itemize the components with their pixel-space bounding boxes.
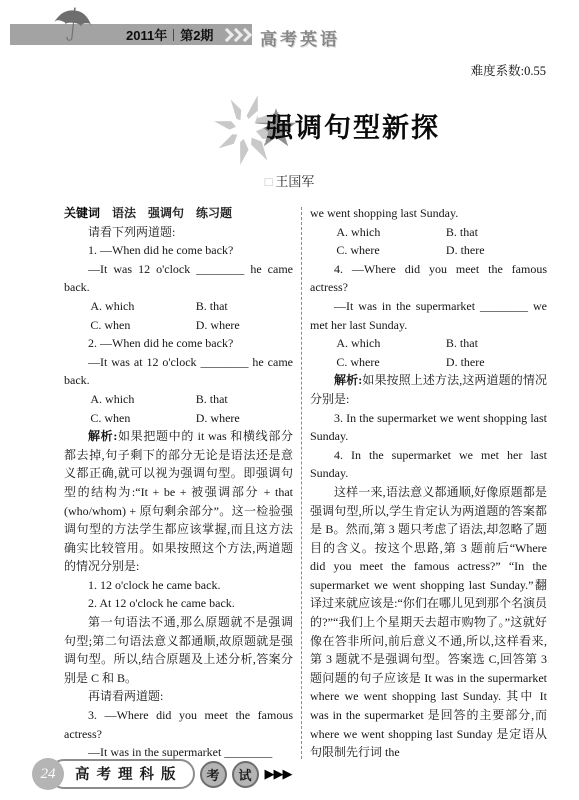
option-d: D. there: [446, 353, 547, 372]
example-sentence-2: 2. At 12 o'clock he came back.: [64, 594, 293, 613]
keyword-item: 练习题: [196, 206, 232, 220]
question-3-options-cd: C. where D. there: [310, 241, 547, 260]
more-questions-line: 再请看两道题:: [64, 687, 293, 706]
example-sentence-4: 4. In the supermarket we met her last Su…: [310, 446, 547, 483]
keywords-line: 关键词语法强调句练习题: [64, 204, 293, 223]
conclusion-paragraph: 第一句语法不通,那么原题就不是强调句型;第二句语法意义都通顺,故原题就是强调句型…: [64, 613, 293, 687]
example-sentence-3: 3. In the supermarket we went shopping l…: [310, 409, 547, 446]
option-a: A. which: [90, 390, 195, 409]
question-2-options-cd: C. when D. where: [64, 409, 293, 428]
article-title: 强调句型新探: [266, 106, 440, 145]
issue-banner: ☂ 2011年 第2期: [10, 24, 252, 45]
question-2-prompt: 2. —When did he come back?: [64, 334, 293, 353]
difficulty-coefficient: 难度系数:0.55: [471, 61, 546, 79]
left-column: 关键词语法强调句练习题 请看下列两道题: 1. —When did he com…: [64, 204, 293, 762]
question-1-reply: —It was 12 o'clock ________ he came back…: [64, 260, 293, 297]
option-c: C. where: [336, 241, 446, 260]
issue-number: 第2期: [180, 25, 213, 44]
option-d: D. there: [446, 241, 547, 260]
option-b: B. that: [196, 390, 293, 409]
option-c: C. when: [90, 316, 195, 335]
page-number-badge: 24: [32, 758, 64, 790]
issue-year: 2011年: [126, 25, 167, 44]
question-1-options-cd: C. when D. where: [64, 316, 293, 335]
author-marker-icon: □: [265, 174, 273, 189]
question-2-reply: —It was at 12 o'clock ________ he came b…: [64, 353, 293, 390]
analysis-label: 解析:: [88, 429, 117, 443]
analysis-paragraph: 解析:如果按照上述方法,这两道题的情况分别是:: [310, 371, 547, 408]
option-b: B. that: [196, 297, 293, 316]
question-3-reply-continued: we went shopping last Sunday.: [310, 204, 547, 223]
question-1-prompt: 1. —When did he come back?: [64, 241, 293, 260]
author-line: □王国军: [0, 171, 579, 190]
option-d: D. where: [196, 409, 293, 428]
question-4-options-ab: A. which B. that: [310, 334, 547, 353]
option-b: B. that: [446, 223, 547, 242]
chevrons-icon: [223, 30, 250, 40]
option-a: A. which: [90, 297, 195, 316]
issue-info: 2011年 第2期: [126, 24, 250, 45]
author-name: 王国军: [275, 174, 314, 189]
analysis-paragraph: 解析:如果把题中的 it was 和横线部分都去掉,句子剩下的部分无论是语法还是…: [64, 427, 293, 576]
page-footer: 24 高考理科版 考 试 ▶▶▶: [32, 756, 292, 792]
edition-label: 高考理科版: [49, 759, 195, 789]
question-4-prompt: 4. —Where did you meet the famous actres…: [310, 260, 547, 297]
right-column: we went shopping last Sunday. A. which B…: [310, 204, 547, 762]
keywords-label: 关键词: [64, 206, 100, 220]
question-3-prompt: 3. —Where did you meet the famous actres…: [64, 706, 293, 743]
kao-badge: 考: [200, 761, 227, 788]
analysis-label: 解析:: [334, 373, 362, 387]
keyword-item: 强调句: [148, 206, 184, 220]
question-1-options-ab: A. which B. that: [64, 297, 293, 316]
keyword-item: 语法: [112, 206, 136, 220]
forward-arrows-icon: ▶▶▶: [265, 767, 292, 782]
intro-line: 请看下列两道题:: [64, 223, 293, 242]
option-c: C. where: [336, 353, 446, 372]
analysis-text: 如果把题中的 it was 和横线部分都去掉,句子剩下的部分无论是语法还是意义都…: [64, 429, 293, 573]
magazine-page: ☂ 2011年 第2期 高考英语 难度系数:0.55 强调句型新探 □王国军 关…: [0, 0, 579, 800]
option-a: A. which: [336, 223, 446, 242]
magazine-name: 高考英语: [260, 25, 340, 50]
separator-bar: [173, 29, 174, 41]
column-divider: [301, 207, 302, 759]
option-a: A. which: [336, 334, 446, 353]
question-4-reply: —It was in the supermarket ________ we m…: [310, 297, 547, 334]
option-d: D. where: [196, 316, 293, 335]
option-b: B. that: [446, 334, 547, 353]
example-sentence-1: 1. 12 o'clock he came back.: [64, 576, 293, 595]
question-4-options-cd: C. where D. there: [310, 353, 547, 372]
shi-badge: 试: [232, 761, 259, 788]
question-2-options-ab: A. which B. that: [64, 390, 293, 409]
question-3-options-ab: A. which B. that: [310, 223, 547, 242]
discussion-paragraph: 这样一来,语法意义都通顺,好像原题都是强调句型,所以,学生肯定认为两道题的答案都…: [310, 483, 547, 762]
option-c: C. when: [90, 409, 195, 428]
umbrella-logo-icon: ☂: [50, 0, 96, 50]
